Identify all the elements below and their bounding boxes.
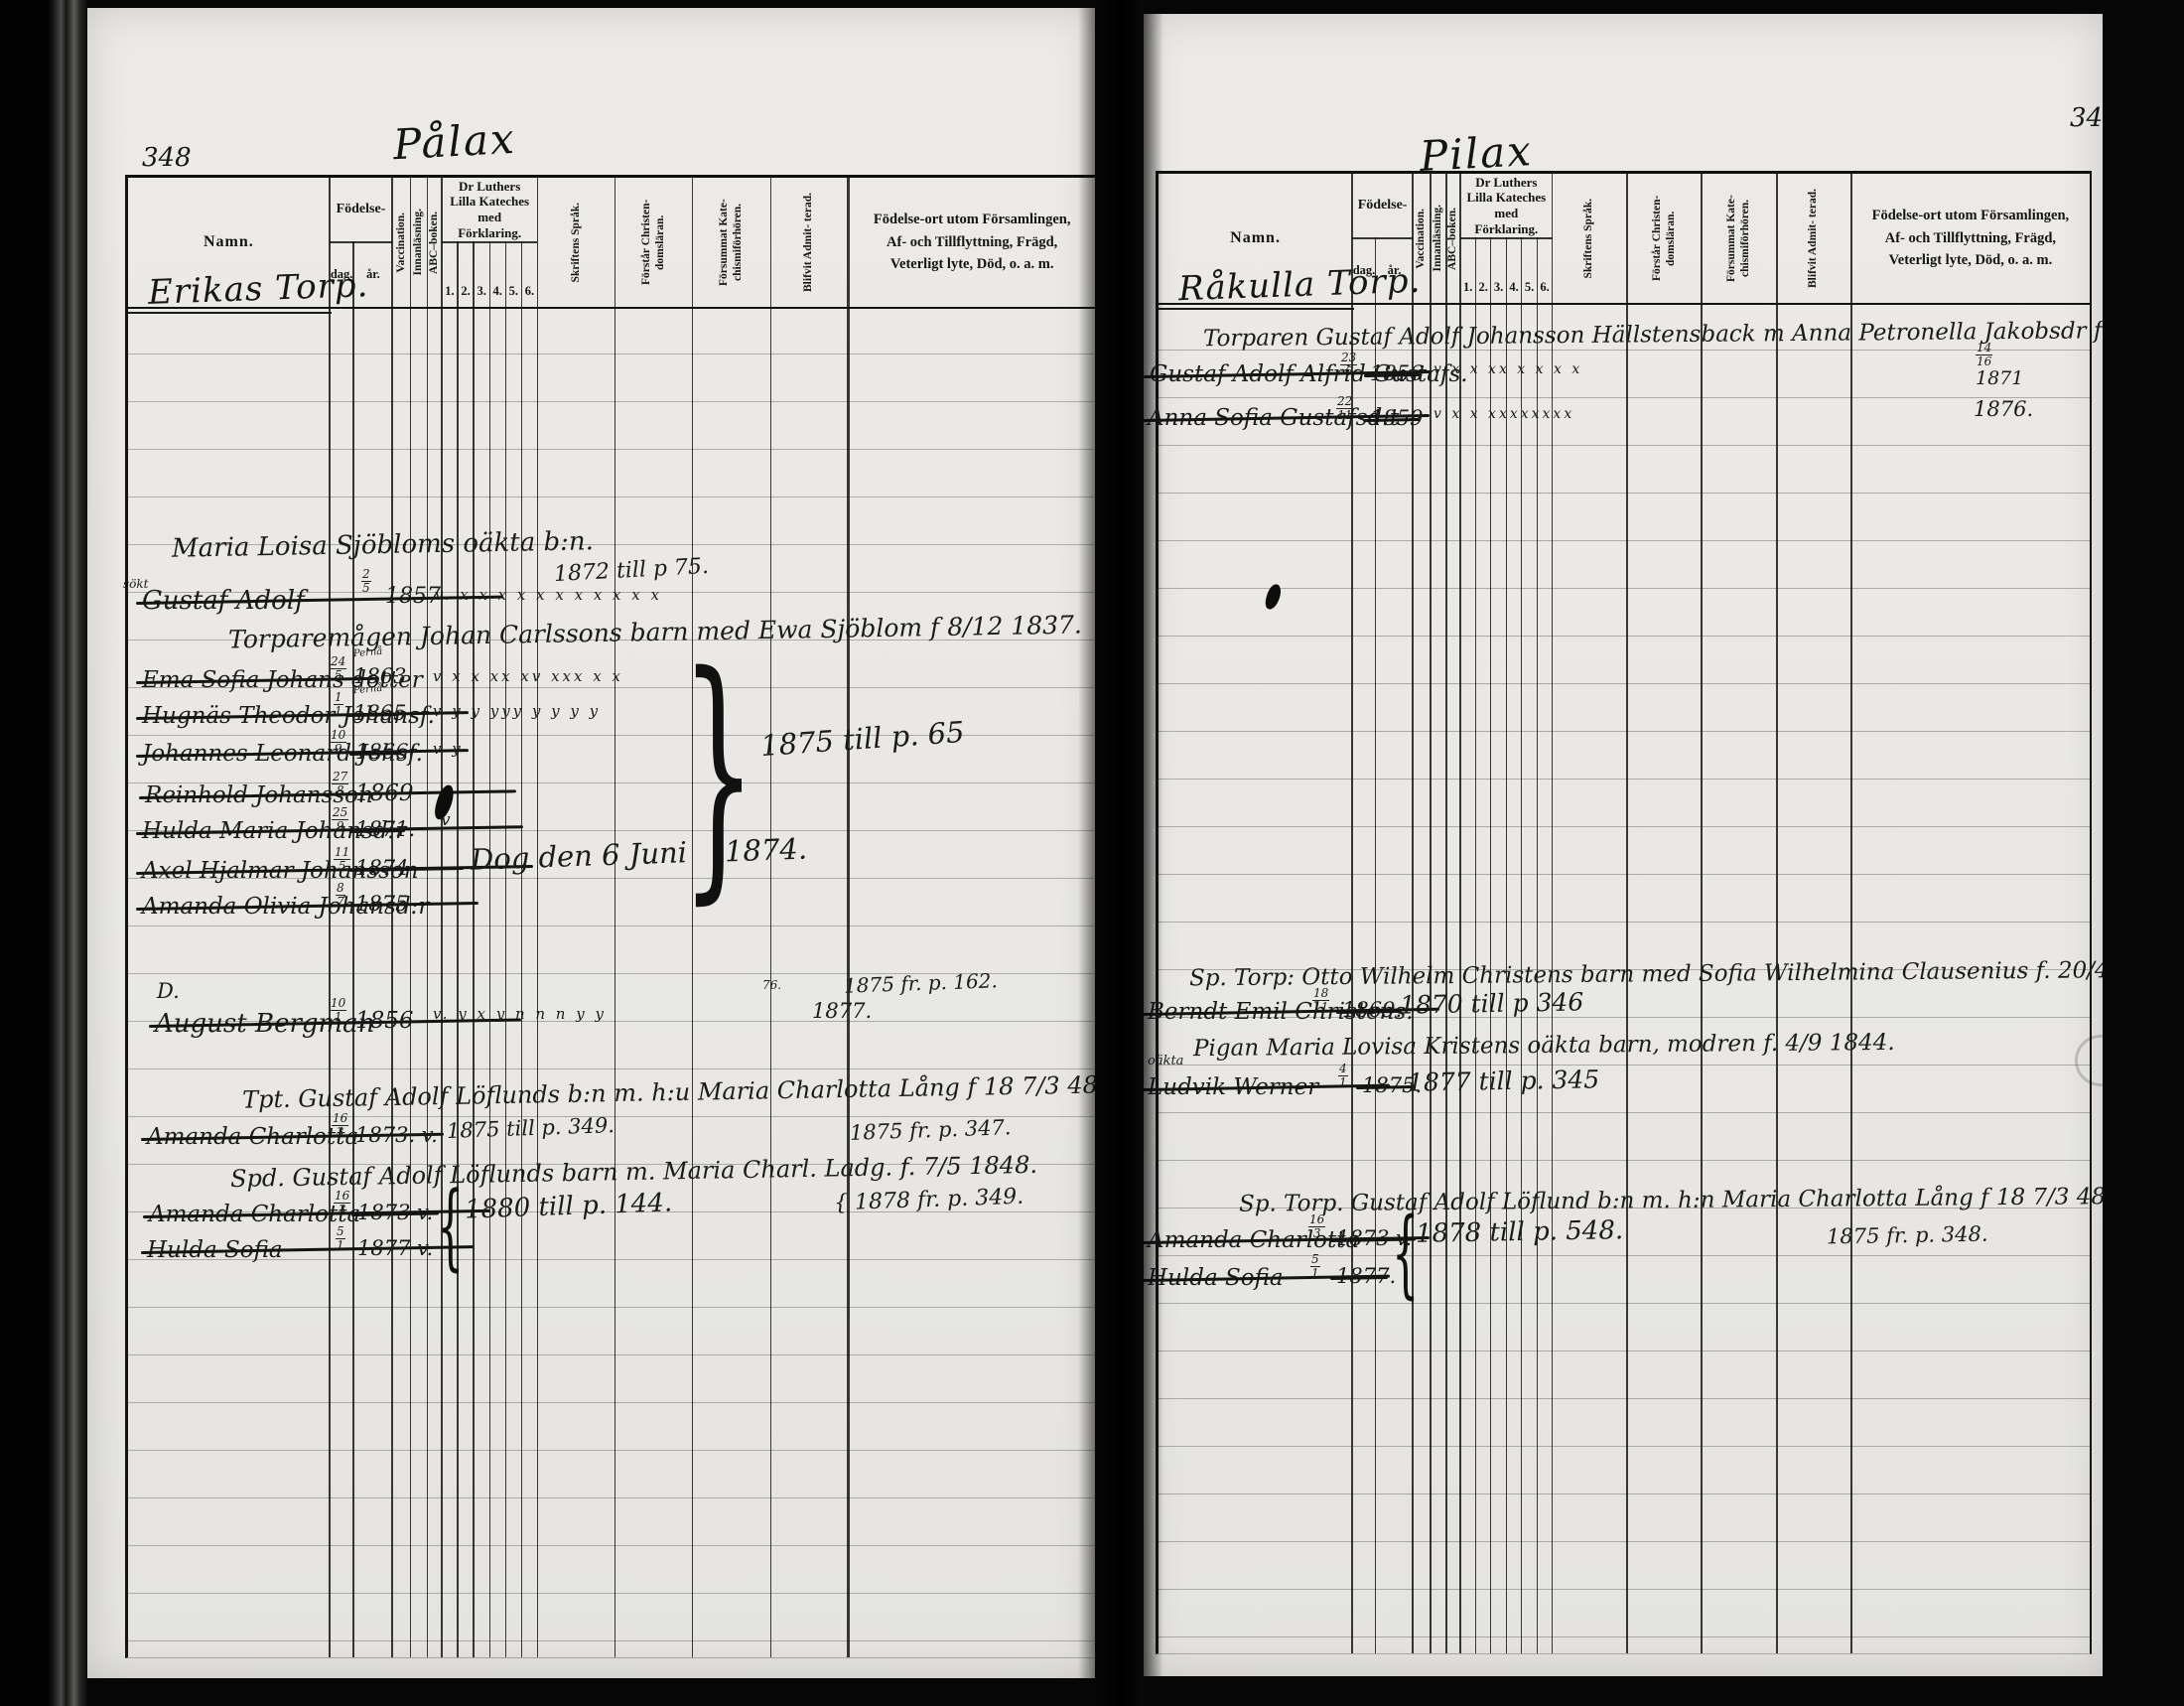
handwritten-entry: 1875 <box>355 894 408 915</box>
handwritten-entry: Hulda Sofia <box>147 1239 283 1262</box>
handwritten-entry: Tpt. Gustaf Adolf Löflunds b:n m. h:u Ma… <box>242 1072 1095 1111</box>
handwritten-entry: Hulda Sofia <box>1148 1267 1284 1290</box>
handwritten-date-fraction: 163 <box>334 1190 350 1215</box>
handwritten-entry: 1856 <box>1370 363 1423 384</box>
handwritten-entry: Torparemågen Johan Carlssons barn med Ew… <box>228 612 1082 651</box>
handwritten-entry: 76. <box>762 979 781 991</box>
handwritten-entry: Amanda Charlotta <box>147 1126 358 1149</box>
strikethrough-line <box>136 711 469 719</box>
handwritten-entry: 1872 till p 75. <box>554 556 710 586</box>
handwritten-date-fraction: 115 <box>334 846 350 872</box>
handwritten-entry: 1859 <box>1370 408 1423 429</box>
handwritten-entry: 1873. v. <box>355 1125 438 1146</box>
handwritten-entry: Amanda Charlotta <box>149 1204 360 1226</box>
handwritten-brace: } <box>681 653 756 896</box>
handwritten-entry: Dog den 6 Juni <box>471 838 688 875</box>
handwritten-entry: 1875 till p. 65 <box>759 718 965 761</box>
handwritten-entries-layer: Maria Loisa Sjöbloms oäkta b:n.1872 till… <box>87 8 1095 1678</box>
handwritten-entry: 1877 till p. 345 <box>1408 1066 1600 1094</box>
handwritten-entry: 1877. <box>812 1001 872 1022</box>
handwritten-entry: v y y yyy y y y y <box>433 704 601 719</box>
handwritten-entry: Torparen Gustaf Adolf Johansson Hällsten… <box>1203 320 2103 351</box>
handwritten-entry: { 1878 fr. p. 349. <box>834 1187 1024 1215</box>
handwritten-date-fraction: 163 <box>1308 1213 1325 1239</box>
strikethrough-line <box>136 749 469 757</box>
handwritten-entry: v <box>441 812 451 829</box>
ink-blot <box>1264 583 1283 611</box>
handwritten-brace: { <box>437 1184 464 1270</box>
handwritten-entry: 1870 till p 346 <box>1400 989 1584 1017</box>
handwritten-date-fraction: 25 <box>361 568 371 594</box>
handwritten-date-fraction: 236 <box>1340 352 1357 377</box>
strikethrough-line <box>1364 418 1420 422</box>
handwritten-entry: oäkta <box>1148 1055 1183 1067</box>
book-page-left: 348 Pålax Namn. Födelse- dag. år. Vaccin… <box>87 8 1095 1678</box>
handwritten-entry: Sp. Torp. Gustaf Adolf Löflund b:n m. h:… <box>1239 1186 2103 1216</box>
handwritten-entry: 1869 <box>355 782 414 805</box>
strikethrough-line <box>351 1211 439 1215</box>
strikethrough-line <box>1330 1276 1388 1280</box>
handwritten-date-fraction: 278 <box>332 771 348 796</box>
handwritten-entry: Pernå <box>353 684 383 697</box>
handwritten-date-fraction: 41 <box>1338 1063 1348 1088</box>
strikethrough-line <box>349 752 401 756</box>
running-title: Pålax <box>392 114 517 169</box>
handwritten-entry: 1871 <box>1976 369 2023 388</box>
strikethrough-line <box>1336 1010 1402 1014</box>
scanned-parish-register-spread: 348 Pålax Namn. Födelse- dag. år. Vaccin… <box>0 0 2184 1706</box>
strikethrough-line <box>1356 1085 1414 1089</box>
handwritten-entry: Pigan Maria Lovisa Kristens oäkta barn, … <box>1193 1032 1895 1061</box>
handwritten-date-fraction: 259 <box>332 806 348 832</box>
strikethrough-line <box>349 867 464 872</box>
handwritten-date-fraction: 51 <box>1310 1253 1320 1279</box>
handwritten-entry: 1875 fr. p. 162. <box>844 970 998 995</box>
handwritten-entry: Amanda Charlotta <box>1148 1229 1359 1252</box>
handwritten-entry: 1865 <box>353 703 406 724</box>
strikethrough-line <box>136 902 478 911</box>
book-page-right: 349 Pilax Namn. Födelse- dag. år. Vaccin… <box>1144 14 2103 1676</box>
handwritten-entry: Anna Sofia Gustafsd:t <box>1148 407 1399 430</box>
handwritten-date-fraction: 1811 <box>1312 987 1329 1013</box>
handwritten-date-fraction: 51 <box>336 1225 345 1251</box>
handwritten-entry: Gustaf Adolf <box>142 588 305 614</box>
handwritten-entry: v x x xxxxxxxx <box>1433 407 1574 421</box>
handwritten-entry: 1869. <box>1342 1000 1402 1021</box>
strikethrough-line <box>1144 1084 1390 1091</box>
handwritten-date-fraction: 11 <box>334 691 343 717</box>
strikethrough-line <box>136 825 523 834</box>
handwritten-entry: 1873 v. <box>357 1203 433 1223</box>
running-title: Pilax <box>1419 126 1534 181</box>
handwritten-entry: 1874 <box>355 858 408 879</box>
handwritten-date-fraction: 109 <box>330 729 346 755</box>
page-number: 348 <box>142 143 192 173</box>
handwritten-entry: 1871. <box>355 819 415 840</box>
handwritten-entry: v y <box>433 742 464 757</box>
handwritten-entry: 1875 till p. 349. <box>447 1115 615 1142</box>
handwritten-entry: 1866 <box>355 742 408 763</box>
handwritten-entry: 1877. <box>1336 1266 1396 1287</box>
strikethrough-line <box>347 713 399 717</box>
handwritten-date-fraction: 101 <box>330 997 346 1023</box>
handwritten-entry: v. x x x x x x x x x x x <box>435 588 662 603</box>
handwritten-entry: Spd. Gustaf Adolf Löflunds barn m. Maria… <box>230 1153 1037 1191</box>
handwritten-entry: Maria Loisa Sjöbloms oäkta b:n. <box>172 528 594 561</box>
handwritten-date-fraction: 163 <box>332 1112 348 1138</box>
book-edge-left <box>0 0 87 1706</box>
handwritten-date-fraction: 245 <box>330 655 346 681</box>
handwritten-entry: 1856 <box>355 1010 414 1033</box>
handwritten-entry: 1875 fr. p. 347. <box>850 1117 1012 1144</box>
handwritten-entry: Pernå <box>353 647 383 660</box>
handwritten-entries-layer: Torparen Gustaf Adolf Johansson Hällsten… <box>1144 14 2103 1676</box>
handwritten-entry: 1876. <box>1974 399 2033 420</box>
handwritten-entry: v. y x y n n n y y <box>433 1007 607 1022</box>
handwritten-entry: v x x xx xv xxx x x <box>433 669 623 684</box>
handwritten-entry: D. <box>157 981 180 1002</box>
handwritten-date-fraction: 1416 <box>1976 342 1992 367</box>
handwritten-entry: 1878 till p. 548. <box>1416 1217 1624 1247</box>
handwritten-date-fraction: 2211 <box>1336 395 1353 421</box>
handwritten-entry: Ludvik Werner <box>1148 1076 1318 1099</box>
handwritten-entry: 1877 v. <box>357 1238 433 1259</box>
handwritten-date-fraction: 87 <box>336 882 345 908</box>
strikethrough-line <box>349 829 405 833</box>
handwritten-entry: 1880 till p. 144. <box>465 1190 673 1222</box>
page-number: 349 <box>2070 103 2103 133</box>
strikethrough-line <box>1364 373 1420 377</box>
handwritten-entry: v x x xx x x x x <box>1433 362 1582 376</box>
strikethrough-line <box>139 789 516 798</box>
handwritten-entry: 1875 fr. p. 348. <box>1827 1224 1988 1248</box>
handwritten-entry: 1857 <box>385 586 441 608</box>
